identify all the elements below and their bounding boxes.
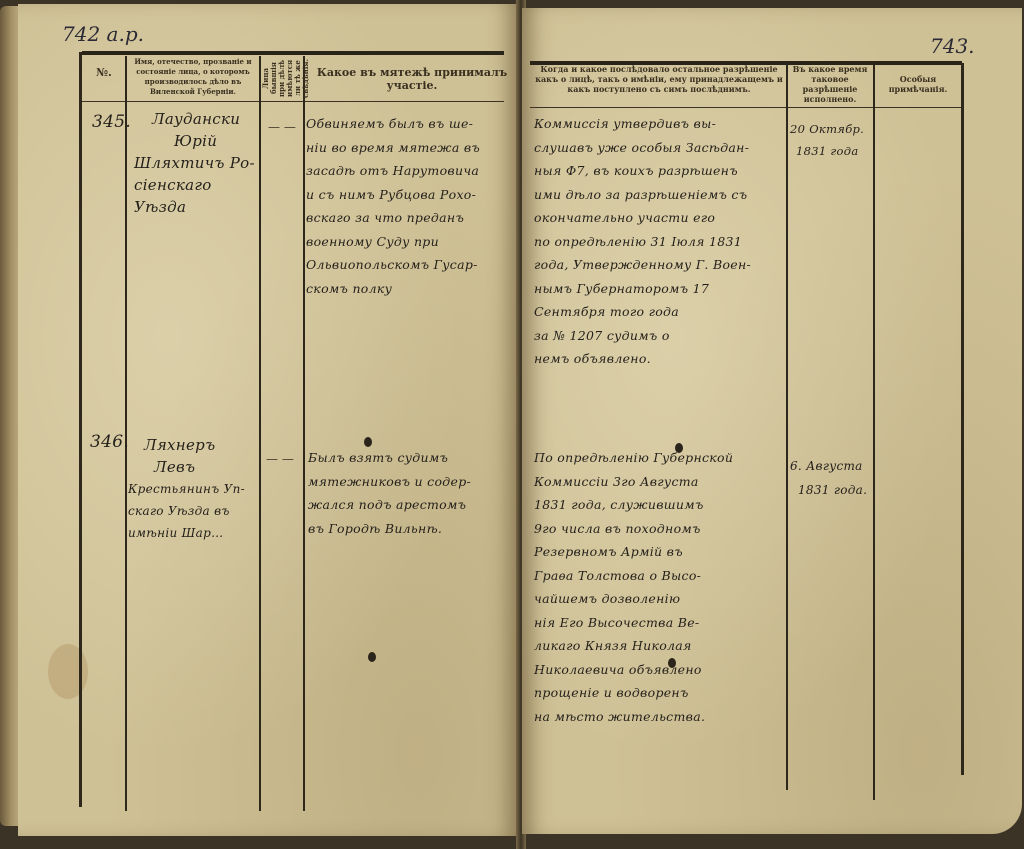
header-participation: Какое въ мятежѣ принималъ участіе. [306, 66, 518, 92]
binding-hole [668, 658, 676, 668]
header-notes: Особыя примѣчанія. [876, 74, 960, 94]
header-bottom-rule [530, 107, 962, 108]
header-case-with: Лица бывшія при дѣлѣ имѣются ли тѣ же св… [262, 57, 302, 99]
header-person: Имя, отечество, прозваніе и состояніе ли… [129, 57, 257, 97]
entry-executed-date: 6. Августа 1831 года. [790, 454, 872, 502]
header-resolution: Когда и какое послѣдовало остальное разр… [534, 64, 784, 94]
ledger-spread: 742 а.р. №. Имя, отечество, прозваніе и … [0, 0, 1024, 849]
column-rule [873, 62, 875, 800]
column-rule [259, 56, 261, 811]
entry-person: Лаудански Юрій Шляхтичъ Ро- сіенскаго Уѣ… [134, 108, 258, 218]
binding-hole [675, 443, 683, 453]
header-bottom-rule [82, 101, 504, 102]
entry-number: 346. [90, 432, 129, 452]
entry-executed-date: 20 Октябр. 1831 года [790, 118, 872, 162]
header-executed: Въ какое время таковое разрѣшеніе исполн… [788, 64, 872, 104]
folio-number-right: 743. [930, 34, 975, 58]
column-rule [79, 52, 82, 807]
header-top-rule [82, 51, 504, 55]
binding-hole [368, 652, 376, 662]
binding-hole [364, 437, 372, 447]
entry-participation: Былъ взятъ судимъ мятежниковъ и содер- ж… [308, 446, 520, 540]
entry-number: 345. [92, 112, 131, 132]
entry-resolution: По опредѣленію Губернской Коммиссіи 3го … [534, 446, 784, 728]
header-number: №. [84, 66, 124, 79]
column-rule [961, 63, 964, 775]
column-rule [786, 62, 788, 790]
case-with-dash: — — [268, 120, 296, 134]
column-rule [303, 56, 305, 811]
entry-participation: Обвиняемъ былъ въ ше- ніи во время мятеж… [306, 112, 518, 300]
case-with-dash: — — [266, 452, 294, 466]
folio-number-left: 742 а.р. [62, 22, 144, 46]
entry-resolution: Коммиссія утвердивъ вы- слушавъ уже особ… [534, 112, 784, 371]
entry-person: Ляхнеръ Левъ Крестьянинъ Уп- скаго Уѣзда… [128, 434, 258, 544]
water-stain [48, 644, 88, 699]
